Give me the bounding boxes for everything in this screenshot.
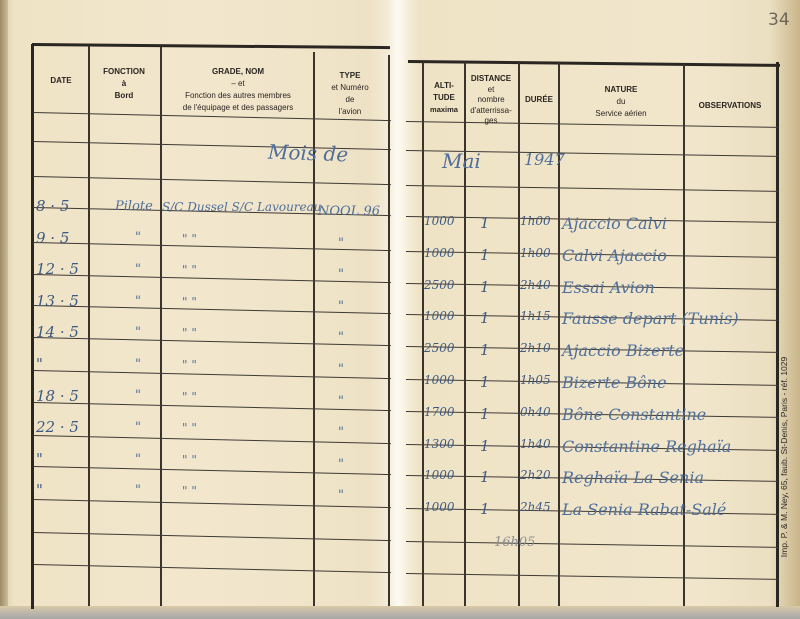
cell-grade: " ": [182, 326, 197, 340]
cell-type: ": [338, 236, 344, 251]
imprint-text: Imp. P. & M. Ney, 65, faub. St-Denis, Pa…: [779, 322, 789, 592]
column-divider: [388, 55, 390, 606]
column-divider: [464, 62, 466, 606]
header-line: de l'équipage et des passagers: [163, 102, 313, 114]
cell-fonction: ": [135, 230, 141, 245]
cell-fonction: ": [135, 420, 141, 435]
cell-date: 22 · 5: [36, 418, 79, 436]
cell-duree: 2h10: [520, 341, 551, 355]
cell-date: 18 · 5: [36, 387, 79, 405]
cell-type: ": [338, 267, 344, 282]
center-fold: [388, 0, 406, 619]
header-nature: NATURE du Service aérien: [560, 84, 682, 120]
cell-nature: Constantine Reghaïa: [562, 437, 731, 456]
cell-nature: Essai Avion: [562, 278, 655, 297]
column-divider: [422, 62, 424, 606]
cell-grade: " ": [182, 421, 197, 435]
cell-distance: 1: [480, 373, 490, 391]
header-line: DURÉE: [520, 94, 558, 106]
header-line: ges: [465, 116, 517, 127]
cell-distance: 1: [480, 500, 490, 518]
cell-distance: 1: [480, 341, 490, 359]
cell-fonction: ": [135, 483, 141, 498]
cell-distance: 1: [480, 246, 490, 264]
header-line: OBSERVATIONS: [684, 100, 776, 112]
binding-edge: [0, 0, 8, 619]
cell-duree: 2h40: [520, 278, 551, 292]
cell-nature: Ajaccio Bizerte: [562, 341, 684, 360]
cell-altitude: 1000: [424, 309, 455, 323]
cell-distance: 1: [480, 214, 490, 232]
frame-left: [31, 44, 34, 609]
cell-distance: 1: [480, 309, 490, 327]
header-line: Service aérien: [560, 108, 682, 120]
header-distance: DISTANCE et nombre d'atterrissa- ges: [465, 74, 517, 127]
cell-grade: " ": [182, 484, 197, 498]
page-number: 34: [768, 10, 790, 30]
month-label: Mois de: [268, 140, 349, 167]
header-line: DISTANCE: [465, 74, 517, 85]
header-line: et: [465, 85, 517, 96]
cell-distance: 1: [480, 278, 490, 296]
cell-fonction: ": [135, 325, 141, 340]
cell-date: ": [36, 355, 43, 373]
header-line: – et: [163, 78, 313, 90]
cell-type: ": [338, 488, 344, 503]
cell-fonction: Pilote: [115, 199, 153, 214]
cell-type: ": [338, 394, 344, 409]
cell-grade: " ": [182, 263, 197, 277]
header-line: de: [315, 94, 385, 106]
column-divider: [518, 63, 520, 606]
cell-distance: 1: [480, 468, 490, 486]
header-line: Fonction des autres membres: [163, 90, 313, 102]
header-fonction: FONCTION à Bord: [90, 66, 158, 102]
cell-duree: 2h20: [520, 468, 551, 482]
cell-date: 9 · 5: [36, 229, 69, 247]
header-line: l'avion: [315, 106, 385, 118]
cell-duree: 1h00: [520, 246, 551, 260]
cell-type: NOOL 96: [318, 204, 380, 219]
cell-date: ": [36, 481, 43, 499]
header-line: DATE: [36, 75, 86, 87]
header-line: TUDE: [425, 92, 463, 104]
cell-duree: 1h40: [520, 437, 551, 451]
header-line: GRADE, NOM: [163, 66, 313, 78]
header-line: Bord: [90, 90, 158, 102]
column-divider: [558, 63, 560, 606]
cell-fonction: ": [135, 262, 141, 277]
cell-altitude: 1000: [424, 214, 455, 228]
header-line: maxima: [425, 104, 463, 116]
cell-altitude: 2500: [424, 278, 455, 292]
cell-grade: " ": [182, 453, 197, 467]
total-duration: 16h05: [494, 535, 535, 550]
header-line: ALTI-: [425, 80, 463, 92]
cell-fonction: ": [135, 388, 141, 403]
cell-grade: " ": [182, 390, 197, 404]
page-bottom-edge: [0, 606, 800, 619]
column-divider: [683, 64, 685, 606]
cell-grade: S/C Dussel S/C Lavoureau: [162, 200, 322, 214]
cell-duree: 1h05: [520, 373, 551, 387]
month-value: Mai: [442, 149, 481, 173]
cell-fonction: ": [135, 357, 141, 372]
column-divider: [160, 47, 162, 606]
cell-nature: Reghaïa La Senia: [562, 468, 704, 487]
cell-fonction: ": [135, 294, 141, 309]
cell-fonction: ": [135, 452, 141, 467]
cell-grade: " ": [182, 358, 197, 372]
header-date: DATE: [36, 75, 86, 87]
cell-date: 8 · 5: [36, 197, 69, 215]
cell-altitude: 1700: [424, 405, 455, 419]
cell-nature: La Senia Rabat-Salé: [562, 500, 726, 519]
header-line: d'atterrissa-: [465, 106, 517, 117]
header-grade: GRADE, NOM – et Fonction des autres memb…: [163, 66, 313, 114]
header-line: nombre: [465, 95, 517, 106]
header-line: FONCTION: [90, 66, 158, 78]
cell-altitude: 1000: [424, 468, 455, 482]
cell-nature: Calvi Ajaccio: [562, 246, 667, 265]
cell-duree: 1h15: [520, 309, 551, 323]
cell-nature: Ajaccio Calvi: [562, 214, 667, 233]
header-line: et Numéro: [315, 82, 385, 94]
cell-type: ": [338, 457, 344, 472]
cell-date: 14 · 5: [36, 323, 79, 341]
cell-duree: 2h45: [520, 500, 551, 514]
cell-nature: Bône Constantine: [562, 405, 706, 424]
cell-nature: Bizerte Bône: [562, 373, 667, 392]
cell-distance: 1: [480, 405, 490, 423]
cell-duree: 1h00: [520, 214, 551, 228]
header-type: TYPE et Numéro de l'avion: [315, 70, 385, 118]
cell-type: ": [338, 362, 344, 377]
header-line: du: [560, 96, 682, 108]
cell-altitude: 1300: [424, 437, 455, 451]
column-divider: [88, 46, 90, 606]
header-observations: OBSERVATIONS: [684, 100, 776, 112]
year-value: 1947: [524, 150, 565, 169]
cell-date: 13 · 5: [36, 292, 79, 310]
cell-altitude: 1000: [424, 500, 455, 514]
header-duree: DURÉE: [520, 94, 558, 106]
printer-imprint: Imp. P. & M. Ney, 65, faub. St-Denis, Pa…: [773, 322, 785, 592]
cell-grade: " ": [182, 295, 197, 309]
cell-date: 12 · 5: [36, 260, 79, 278]
cell-distance: 1: [480, 437, 490, 455]
cell-date: ": [36, 450, 43, 468]
header-altitude: ALTI- TUDE maxima: [425, 80, 463, 116]
header-line: NATURE: [560, 84, 682, 96]
cell-nature: Fausse depart (Tunis): [562, 309, 739, 328]
cell-altitude: 2500: [424, 341, 455, 355]
header-line: TYPE: [315, 70, 385, 82]
cell-duree: 0h40: [520, 405, 551, 419]
cell-altitude: 1000: [424, 373, 455, 387]
cell-type: ": [338, 299, 344, 314]
column-divider: [313, 52, 315, 606]
cell-type: ": [338, 425, 344, 440]
cell-altitude: 1000: [424, 246, 455, 260]
cell-type: ": [338, 330, 344, 345]
header-line: à: [90, 78, 158, 90]
cell-grade: " ": [182, 232, 197, 246]
